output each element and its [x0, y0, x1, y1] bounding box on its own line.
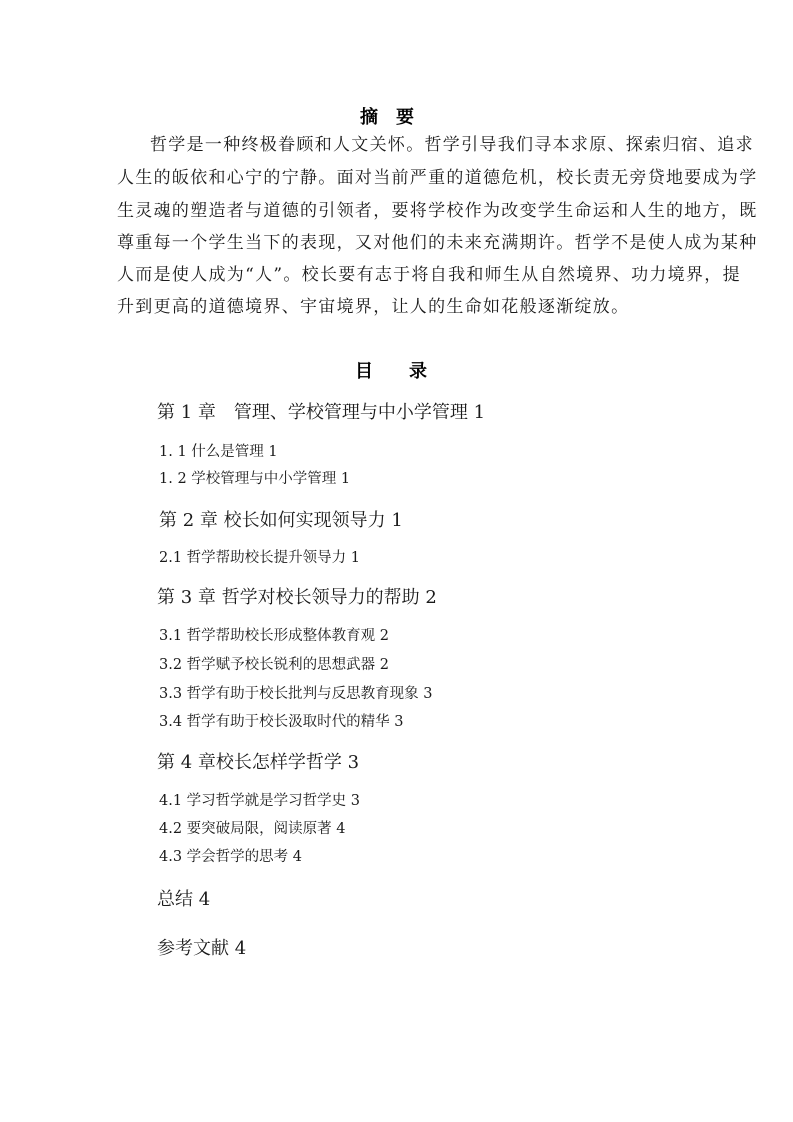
abstract-line: 哲学是一种终极眷顾和人文关怀。哲学引导我们寻本求原、探索归宿、追求	[150, 130, 754, 155]
toc-chapter-1[interactable]: 第 1 章 管理、学校管理与中小学管理 1	[157, 398, 485, 424]
toc-title: 目 录	[355, 357, 427, 383]
toc-section-3-3[interactable]: 3.3 哲学有助于校长批判与反思教育现象 3	[159, 682, 433, 703]
toc-section-1-2[interactable]: 1. 2 学校管理与中小学管理 1	[159, 467, 350, 488]
abstract-line: 生灵魂的塑造者与道德的引领者，要将学校作为改变学生命运和人生的地方，既	[117, 196, 758, 221]
abstract-line: 升到更高的道德境界、宇宙境界，让人的生命如花般逐渐绽放。	[117, 292, 629, 317]
toc-section-3-2[interactable]: 3.2 哲学赋予校长锐利的思想武器 2	[159, 653, 389, 674]
toc-chapter-2[interactable]: 第 2 章 校长如何实现领导力 1	[159, 506, 403, 532]
abstract-line: 人生的皈依和心宁的宁静。面对当前严重的道德危机，校长责无旁贷地要成为学	[117, 163, 758, 188]
toc-summary[interactable]: 总结 4	[157, 885, 210, 911]
abstract-line: 人而是使人成为“人”。校长要有志于将自我和师生从自然境界、功力境界，提	[117, 260, 741, 285]
toc-section-4-1[interactable]: 4.1 学习哲学就是学习哲学史 3	[159, 789, 360, 810]
toc-section-4-3[interactable]: 4.3 学会哲学的思考 4	[159, 845, 302, 866]
toc-section-2-1[interactable]: 2.1 哲学帮助校长提升领导力 1	[159, 546, 360, 567]
toc-chapter-4[interactable]: 第 4 章校长怎样学哲学 3	[157, 748, 359, 774]
toc-chapter-3[interactable]: 第 3 章 哲学对校长领导力的帮助 2	[157, 583, 437, 609]
abstract-line: 尊重每一个学生当下的表现，又对他们的未来充满期许。哲学不是使人成为某种	[117, 228, 758, 253]
toc-section-4-2[interactable]: 4.2 要突破局限，阅读原著 4	[159, 817, 346, 838]
toc-section-3-1[interactable]: 3.1 哲学帮助校长形成整体教育观 2	[159, 624, 389, 645]
toc-section-1-1[interactable]: 1. 1 什么是管理 1	[159, 440, 278, 461]
toc-references[interactable]: 参考文献 4	[157, 934, 246, 960]
toc-section-3-4[interactable]: 3.4 哲学有助于校长汲取时代的精华 3	[159, 710, 404, 731]
abstract-title: 摘 要	[360, 103, 414, 129]
